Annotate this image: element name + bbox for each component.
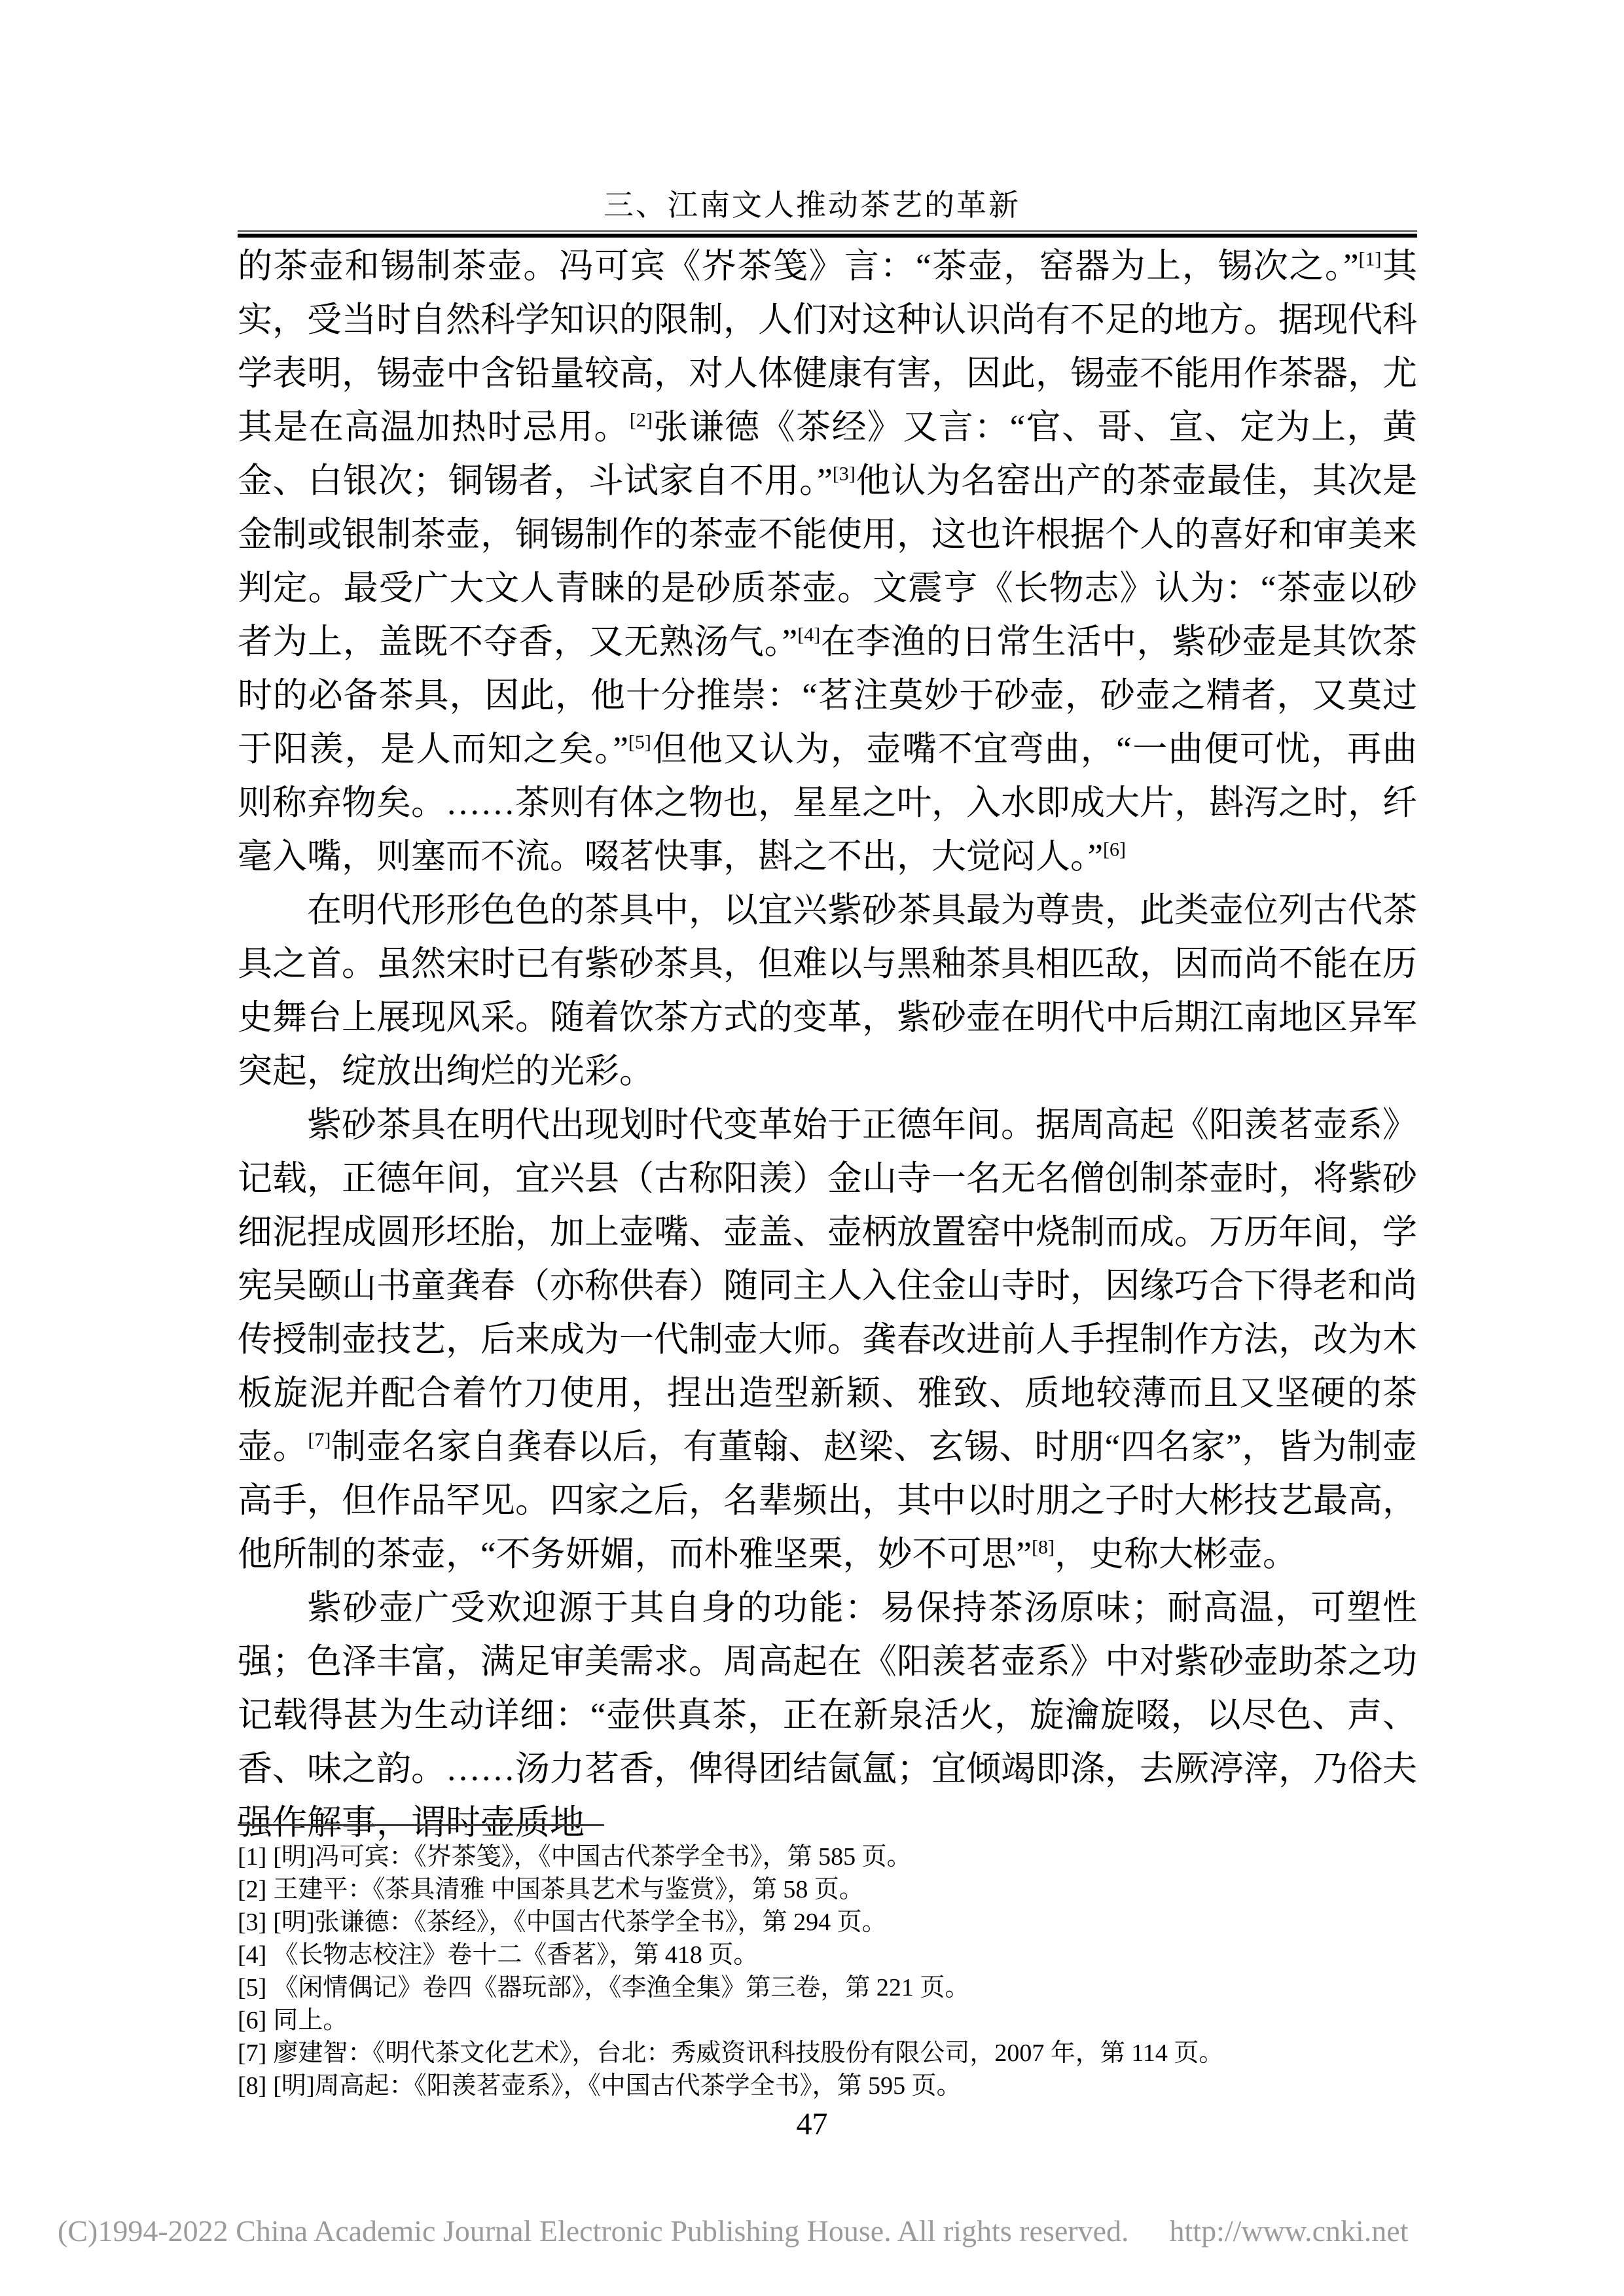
- footnote-line: [3][明]张谦德：《茶经》，《中国古代茶学全书》，第 294 页。: [238, 1906, 1422, 1939]
- cnki-url: http://www.cnki.net: [1170, 2214, 1409, 2248]
- footnote-marker: [8]: [238, 2072, 266, 2100]
- title-divider: [238, 230, 1417, 238]
- footnote-ref: [6]: [1103, 838, 1126, 860]
- copyright-text: (C)1994-2022 China Academic Journal Elec…: [58, 2214, 1129, 2248]
- copyright-footer: (C)1994-2022 China Academic Journal Elec…: [58, 2214, 1563, 2249]
- body-text: 的茶壶和锡制茶壶。冯可宾《岕茶笺》言：“茶壶，窑器为上，锡次之。”[1]其实，受…: [238, 240, 1417, 1850]
- footnote-text: 廖建智：《明代茶文化艺术》，台北：秀威资讯科技股份有限公司，2007 年，第 1…: [273, 2039, 1223, 2067]
- footnote-text: 王建平：《茶具清雅 中国茶具艺术与鉴赏》，第 58 页。: [273, 1876, 864, 1903]
- footnote-marker: [6]: [238, 2007, 266, 2034]
- footnote-text: 《长物志校注》卷十二《香茗》，第 418 页。: [273, 1941, 758, 1969]
- paragraph: 紫砂壶广受欢迎源于其自身的功能：易保持茶汤原味；耐高温，可塑性强；色泽丰富，满足…: [238, 1581, 1417, 1850]
- footnote-line: [6]同上。: [238, 2004, 1422, 2037]
- paragraph: 紫砂茶具在明代出现划时代变革始于正德年间。据周高起《阳羡茗壶系》记载，正德年间，…: [238, 1098, 1417, 1581]
- footnote-line: [4]《长物志校注》卷十二《香茗》，第 418 页。: [238, 1939, 1422, 1971]
- footnote-line: [7]廖建智：《明代茶文化艺术》，台北：秀威资讯科技股份有限公司，2007 年，…: [238, 2037, 1422, 2070]
- footnote-text: [明]周高起：《阳羡茗壶系》，《中国古代茶学全书》，第 595 页。: [273, 2072, 961, 2100]
- footnotes: [1][明]冯可宾：《岕茶笺》，《中国古代茶学全书》，第 585 页。[2]王建…: [238, 1840, 1422, 2102]
- footnote-text: [明]张谦德：《茶经》，《中国古代茶学全书》，第 294 页。: [273, 1909, 886, 1936]
- footnote-marker: [2]: [238, 1876, 266, 1903]
- footnote-text: [明]冯可宾：《岕茶笺》，《中国古代茶学全书》，第 585 页。: [273, 1843, 911, 1871]
- paragraph: 的茶壶和锡制茶壶。冯可宾《岕茶笺》言：“茶壶，窑器为上，锡次之。”[1]其实，受…: [238, 240, 1417, 884]
- footnote-marker: [1]: [238, 1843, 266, 1871]
- footnote-text: 《闲情偶记》卷四《器玩部》，《李渔全集》第三卷，第 221 页。: [273, 1974, 969, 2001]
- footnote-text: 同上。: [273, 2007, 348, 2034]
- footnote-ref: [5]: [628, 731, 651, 753]
- footnote-line: [8][明]周高起：《阳羡茗壶系》，《中国古代茶学全书》，第 595 页。: [238, 2070, 1422, 2102]
- paragraph: 在明代形形色色的茶具中，以宜兴紫砂茶具最为尊贵，此类壶位列古代茶具之首。虽然宋时…: [238, 884, 1417, 1098]
- footnote-ref: [3]: [833, 463, 856, 484]
- footnote-marker: [3]: [238, 1909, 266, 1936]
- page-number: 47: [0, 2106, 1624, 2142]
- footnote-ref: [4]: [797, 624, 820, 645]
- footnote-line: [1][明]冯可宾：《岕茶笺》，《中国古代茶学全书》，第 585 页。: [238, 1840, 1422, 1873]
- footnote-line: [5]《闲情偶记》卷四《器玩部》，《李渔全集》第三卷，第 221 页。: [238, 1971, 1422, 2004]
- footnote-ref: [8]: [1032, 1536, 1055, 1558]
- footnote-marker: [7]: [238, 2039, 266, 2067]
- footnote-ref: [1]: [1359, 248, 1382, 270]
- footnote-ref: [7]: [308, 1429, 331, 1450]
- document-page: 三、江南文人推动茶艺的革新 的茶壶和锡制茶壶。冯可宾《岕茶笺》言：“茶壶，窑器为…: [0, 0, 1624, 2296]
- footnote-marker: [4]: [238, 1941, 266, 1969]
- footnote-ref: [2]: [630, 409, 653, 431]
- footnote-line: [2]王建平：《茶具清雅 中国茶具艺术与鉴赏》，第 58 页。: [238, 1873, 1422, 1906]
- footnote-marker: [5]: [238, 1974, 266, 2001]
- page-title: 三、江南文人推动茶艺的革新: [0, 188, 1624, 223]
- footnote-divider: [238, 1824, 604, 1826]
